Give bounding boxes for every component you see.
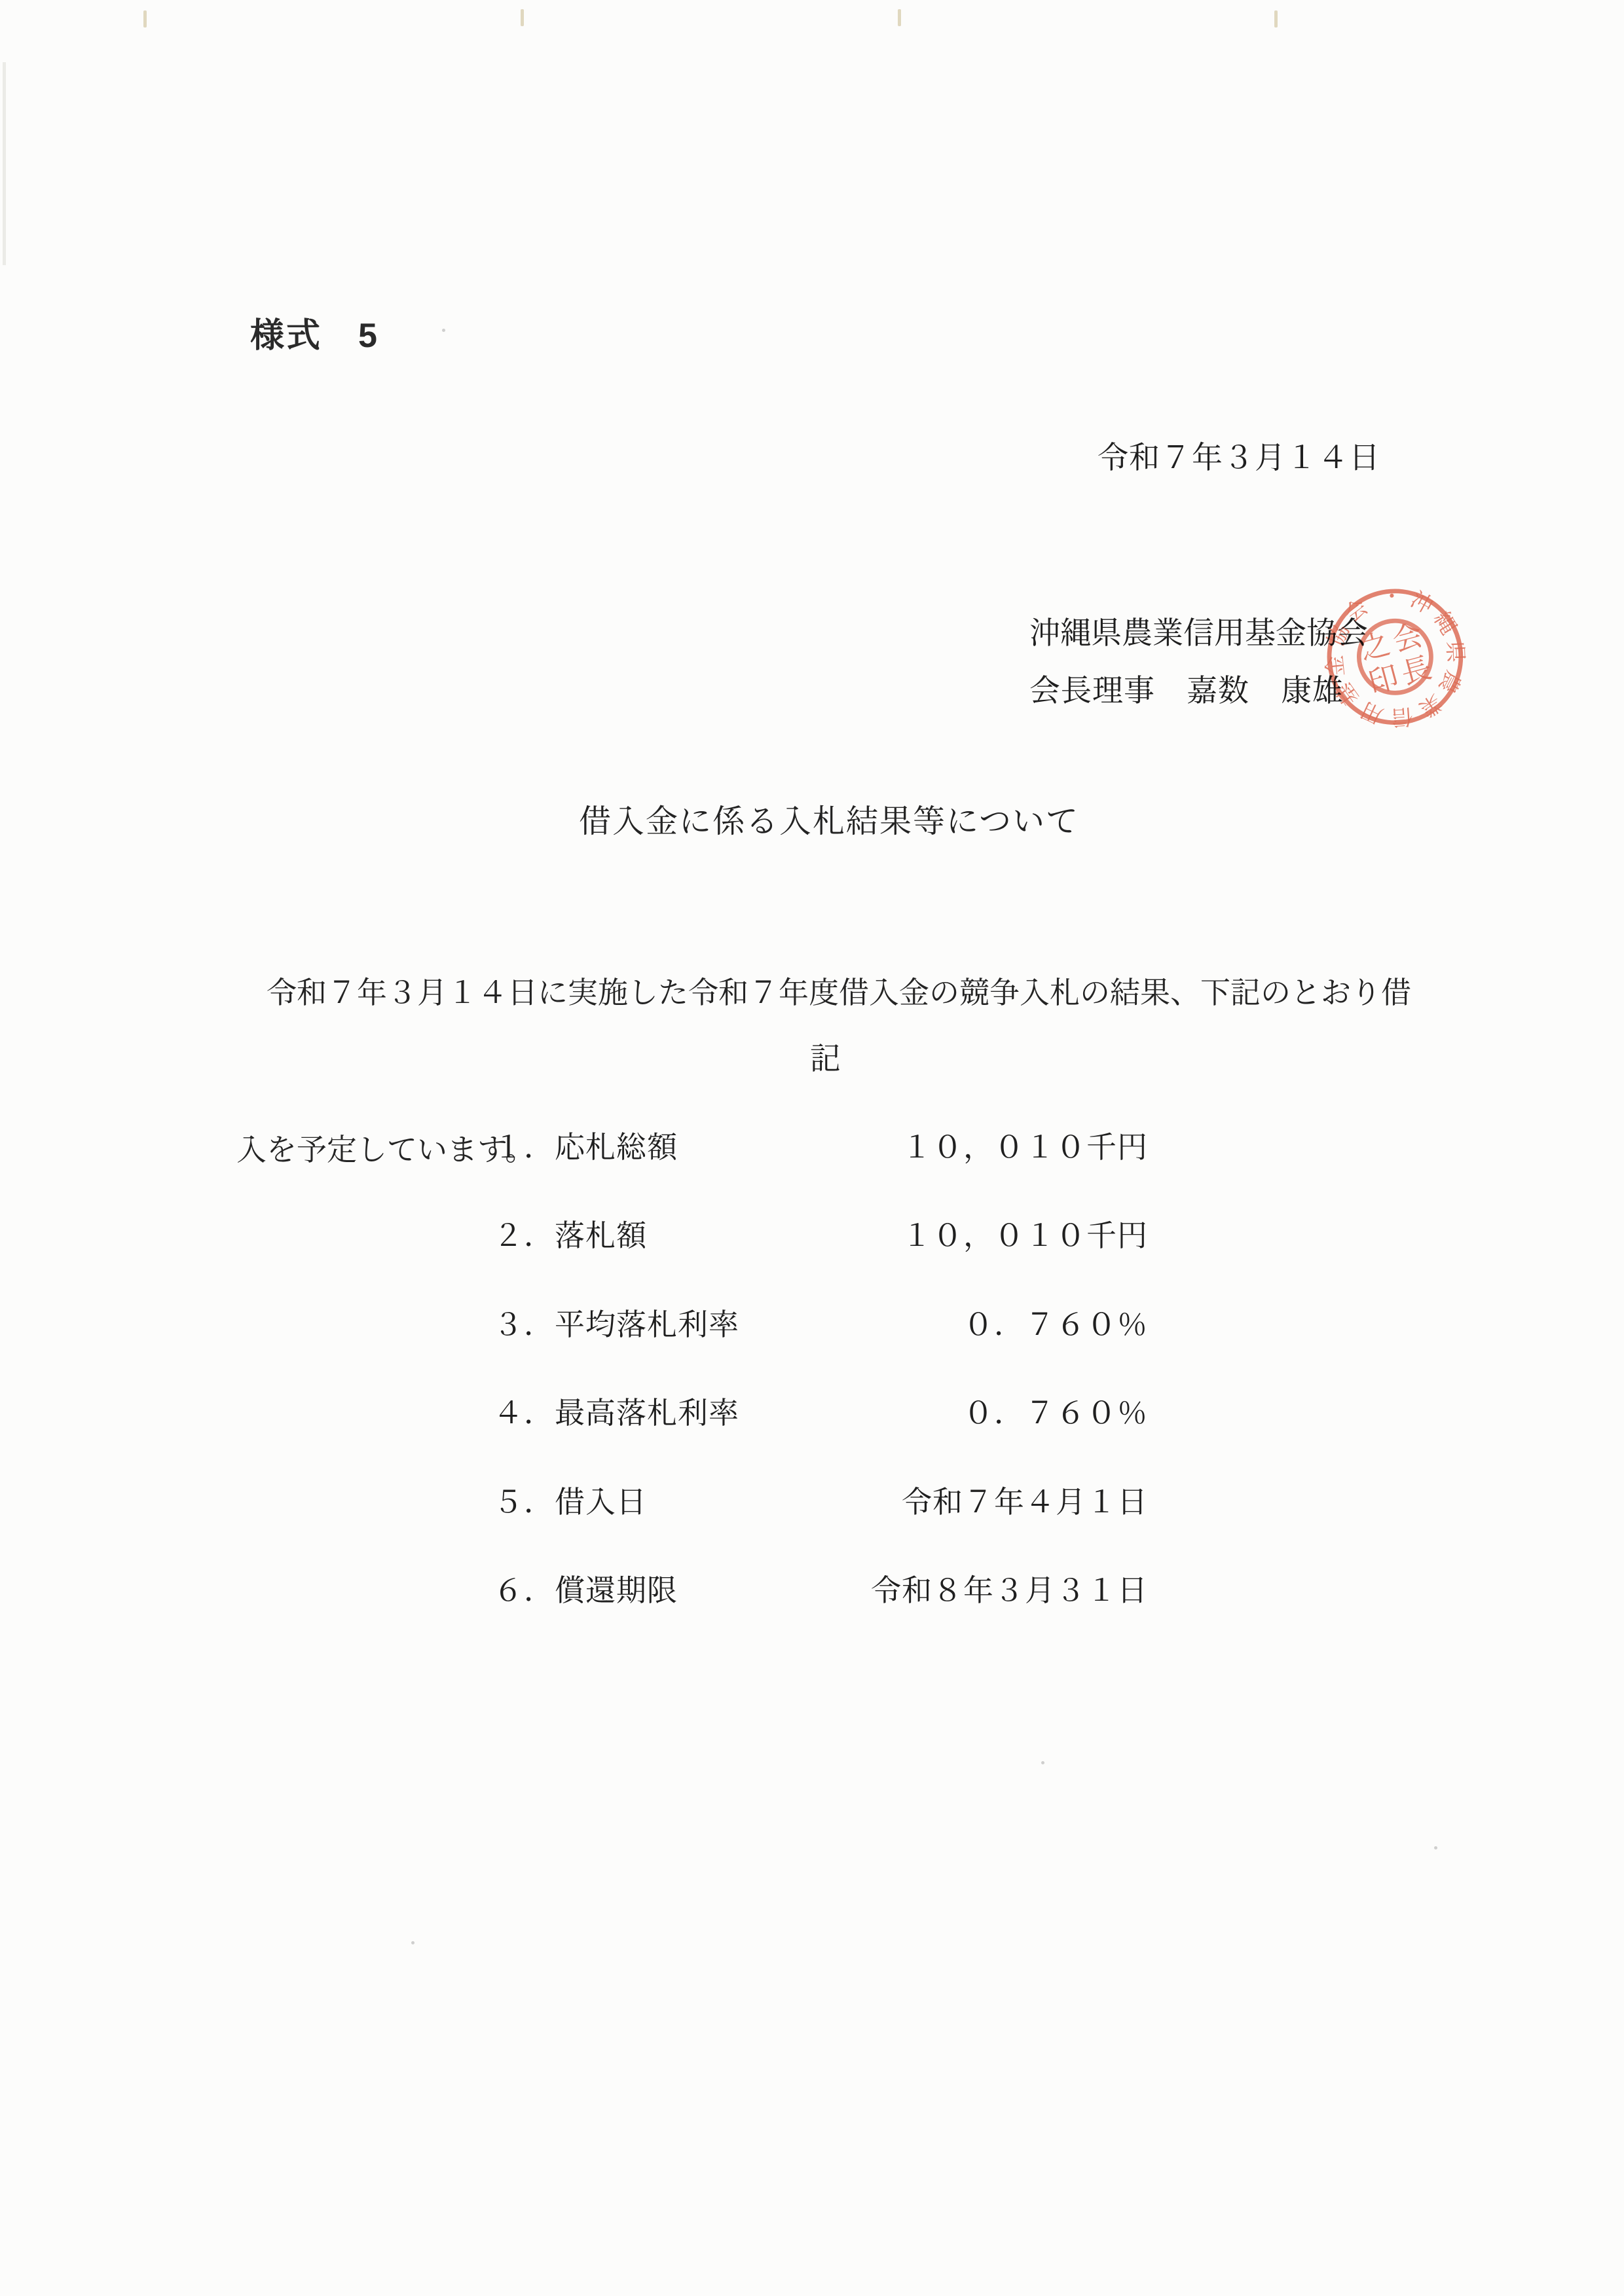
issue-date: 令和７年３月１４日 [1098, 433, 1380, 477]
list-item-label: ６．償還期限 [493, 1567, 678, 1610]
list-item-value: ０．７６０％ [963, 1301, 1148, 1344]
list-item-label: ２．落札額 [493, 1212, 647, 1255]
seal-center-char-2: 長 [1398, 651, 1435, 691]
list-item-value: １０，０１０千円 [902, 1123, 1148, 1167]
scan-speck [1041, 1761, 1044, 1764]
scan-speck [1274, 10, 1278, 27]
list-item: ４．最高落札利率 ０．７６０％ [493, 1389, 1148, 1432]
sender-organization-name: 沖縄県農業信用基金協会 [1029, 609, 1368, 653]
scan-speck [442, 329, 445, 332]
seal-center-char-4: 印 [1365, 660, 1402, 699]
list-item-label: ４．最高落札利率 [493, 1389, 739, 1432]
list-item: ６．償還期限 令和８年３月３１日 [493, 1567, 1148, 1610]
list-item-value: １０，０１０千円 [902, 1212, 1148, 1255]
svg-text:・沖縄県農業信用基金協会: ・沖縄県農業信用基金協会 [1306, 568, 1485, 746]
list-item: ２．落札額 １０，０１０千円 [493, 1212, 1148, 1255]
list-item: １．応札総額 １０，０１０千円 [493, 1123, 1148, 1167]
list-item-label: ５．借入日 [493, 1478, 647, 1522]
list-item: ３．平均落札利率 ０．７６０％ [493, 1301, 1148, 1344]
document-title: 借入金に係る入札結果等について [579, 796, 1079, 842]
list-item-value: ０．７６０％ [963, 1389, 1148, 1432]
scan-speck [898, 9, 901, 26]
form-number-label: 様式 5 [250, 308, 379, 357]
seal-graphic: ・沖縄県農業信用基金協会 会 長 之 印 [1305, 567, 1485, 746]
result-list: １．応札総額 １０，０１０千円 ２．落札額 １０，０１０千円 ３．平均落札利率 … [493, 1123, 1148, 1621]
scan-edge-artifact [3, 62, 6, 265]
note-heading: 記 [810, 1034, 841, 1078]
body-line-1: 令和７年３月１４日に実施した令和７年度借入金の競争入札の結果、下記のとおり借 [236, 967, 1411, 1019]
scan-speck [411, 1941, 415, 1944]
seal-ring-text: ・沖縄県農業信用基金協会 [1306, 568, 1485, 746]
sender-signer-name: 会長理事 嘉数 康雄 [1029, 666, 1344, 710]
seal-outer-ring [1314, 576, 1475, 737]
list-item-label: １．応札総額 [493, 1123, 678, 1167]
scanned-document-page: { "colors": { "page_background": "#fcfcf… [0, 0, 1624, 2296]
list-item-label: ３．平均落札利率 [493, 1301, 739, 1344]
list-item: ５．借入日 令和７年４月１日 [493, 1478, 1148, 1522]
scan-speck [1434, 1846, 1437, 1850]
scan-speck [521, 9, 524, 26]
seal-center-char-1: 会 [1389, 619, 1426, 658]
scan-speck [143, 10, 147, 27]
list-item-value: 令和７年４月１日 [902, 1478, 1148, 1522]
list-item-value: 令和８年３月３１日 [871, 1567, 1148, 1610]
